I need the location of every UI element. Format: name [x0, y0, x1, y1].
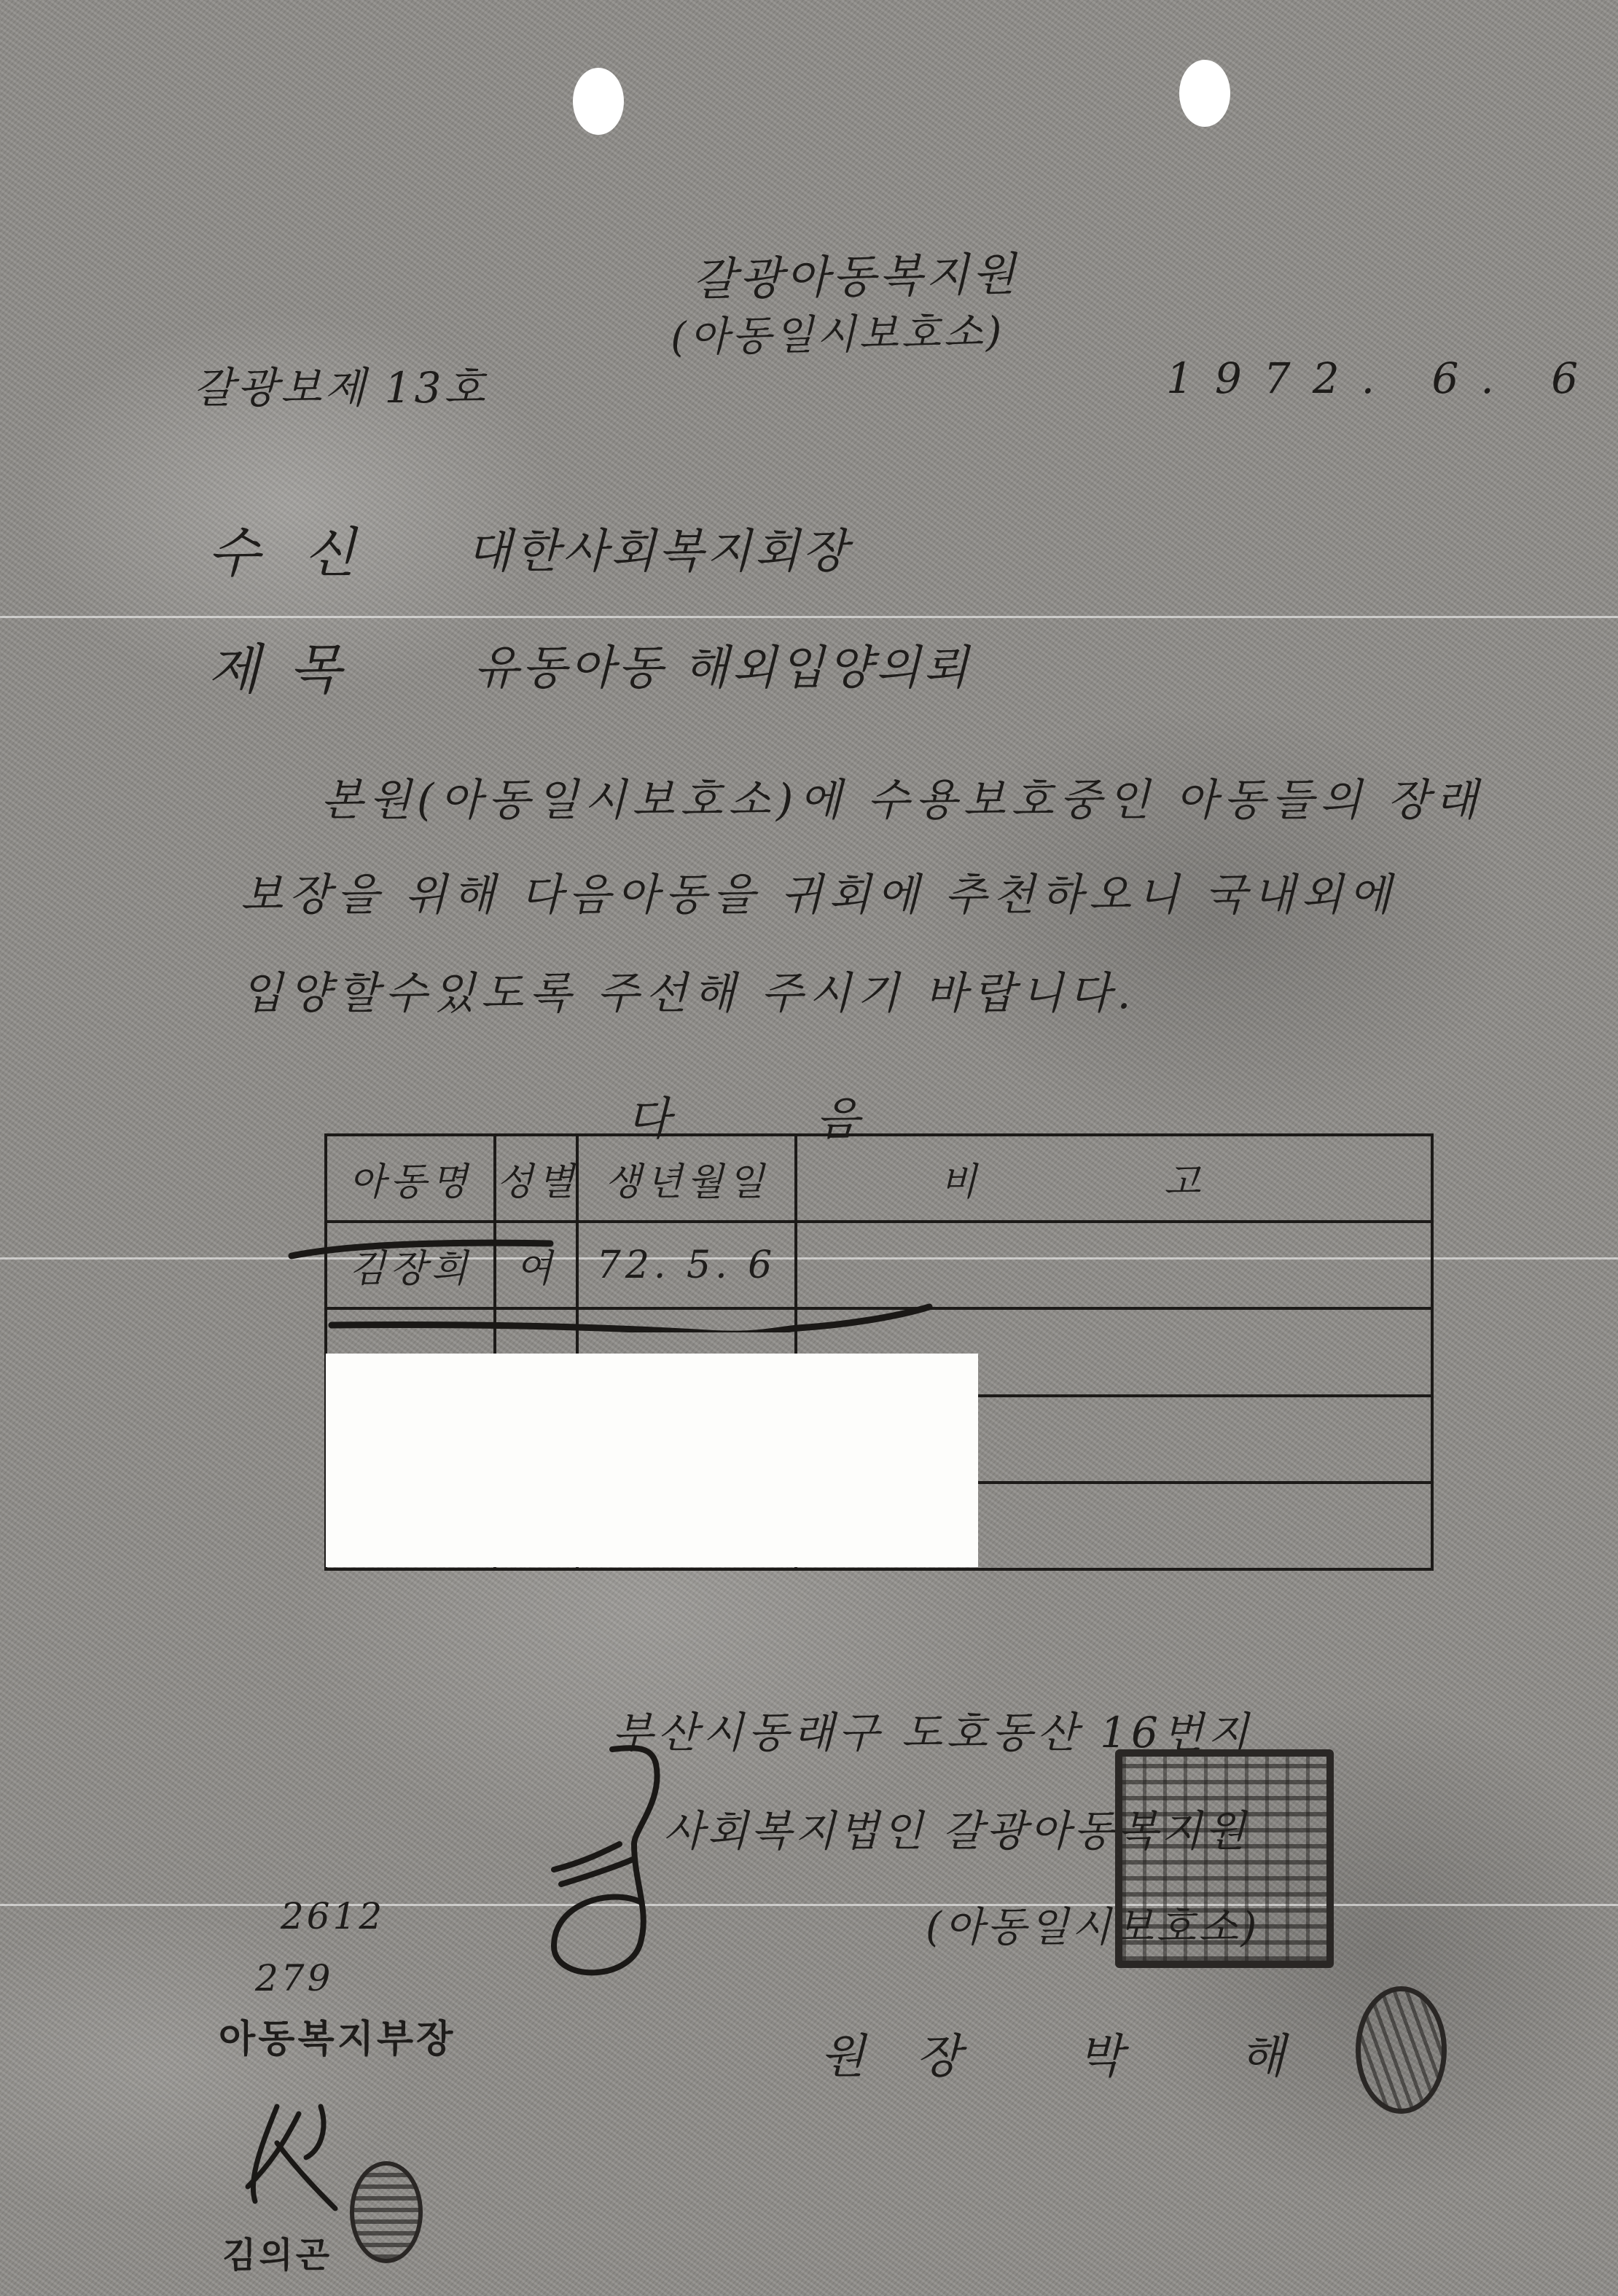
table-header-row: 아동명 성별 생년월일 비 고 — [326, 1135, 1432, 1222]
official-seal-stamp-icon — [1115, 1749, 1334, 1968]
document-number: 갈광보제 13호 — [193, 354, 488, 415]
organization-subtitle: (아동일시보호소) — [670, 300, 1005, 364]
redaction-block — [326, 1354, 978, 1567]
signature-flourish-icon — [525, 1742, 671, 1990]
subject-label: 제목 — [208, 627, 370, 704]
document-date: 1972. 6. 6 — [1166, 354, 1600, 403]
reviewer-seal-stamp-icon — [350, 2161, 423, 2263]
annotation-number: 279 — [255, 1957, 333, 1999]
cell-birthdate: 72. 5. 6 — [577, 1222, 796, 1308]
cell-remarks — [796, 1222, 1432, 1308]
punch-hole — [573, 68, 624, 135]
recipient-label: 수신 — [208, 510, 399, 587]
recipient-value: 대한사회복지회장 — [466, 514, 851, 581]
body-line: 본원(아동일시보호소)에 수용보호중인 아동들의 장래 — [321, 765, 1483, 828]
column-header-sex: 성별 — [495, 1135, 577, 1222]
director-seal-stamp-icon — [1356, 1986, 1447, 2114]
fold-crease — [0, 1904, 1618, 1906]
annotation-number: 2612 — [281, 1895, 385, 1937]
scanned-document-page: 갈광아동복지원 (아동일시보호소) 갈광보제 13호 1972. 6. 6 수신… — [0, 0, 1618, 2296]
cell-sex: 여 — [495, 1222, 577, 1308]
column-header-remarks: 비 고 — [796, 1135, 1432, 1222]
column-header-child-name: 아동명 — [326, 1135, 495, 1222]
table-row: 김장희 여 72. 5. 6 — [326, 1222, 1432, 1308]
annotation-department: 아동복지부장 — [219, 2008, 456, 2063]
reviewer-name: 김의곤 — [222, 2227, 332, 2277]
column-header-birthdate: 생년월일 — [577, 1135, 796, 1222]
body-line: 입양할수있도록 주선해 주시기 바랍니다. — [241, 958, 1137, 1021]
reviewer-signature-icon — [233, 2099, 350, 2223]
cell-child-name: 김장희 — [326, 1222, 495, 1308]
punch-hole — [1179, 60, 1230, 127]
director-signature-line: 원장 박 해 — [820, 2019, 1336, 2086]
organization-name: 갈광아동복지원 — [692, 238, 1019, 308]
fold-crease — [0, 616, 1618, 618]
subject-value: 유동아동 해외입양의뢰 — [474, 630, 972, 698]
body-line: 보장을 위해 다음아동을 귀회에 추천하오니 국내외에 — [241, 860, 1396, 923]
